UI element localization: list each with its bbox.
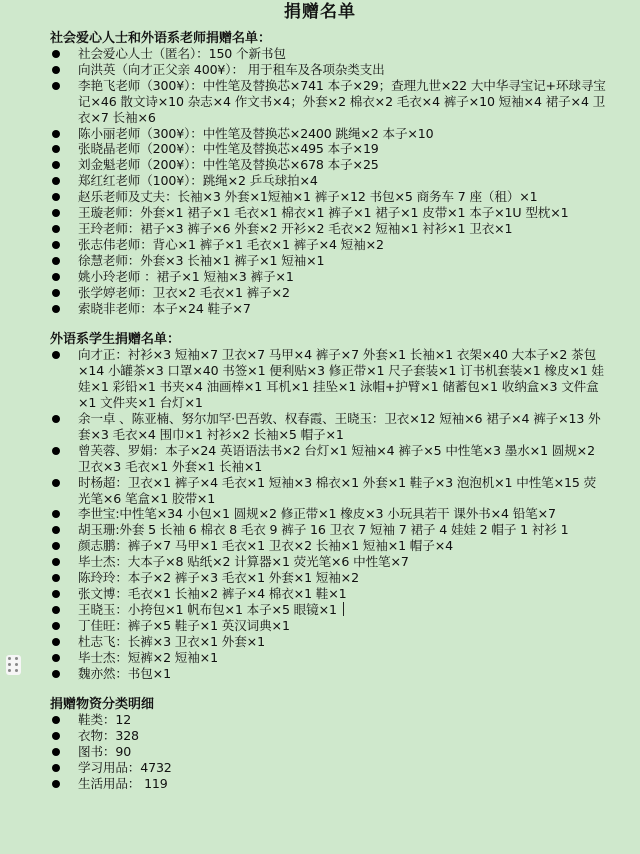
bullet-icon — [52, 510, 60, 518]
list-item[interactable]: 社会爱心人士（匿名）：150 个新书包 — [50, 46, 606, 62]
bullet-icon — [52, 289, 60, 297]
bullet-icon — [52, 50, 60, 58]
list-item[interactable]: 向洪英（向才正父亲 400¥）： 用于租车及各项杂类支出 — [50, 62, 606, 78]
list-item-text: 毕士杰：短裤×2 短袖×1 — [78, 650, 218, 665]
list-item[interactable]: 张学婷老师：卫衣×2 毛衣×1 裤子×2 — [50, 285, 606, 301]
list-item-text: 余一卓 、陈亚楠、努尔加罕·巴吾敦、权春霞、王晓玉：卫衣×12 短袖×6 裙子×… — [78, 411, 601, 442]
list-item[interactable]: 刘金魁老师（200¥）：中性笔及替换芯×678 本子×25 — [50, 157, 606, 173]
list-item[interactable]: 郑红红老师（100¥）：跳绳×2 乒乓球拍×4 — [50, 173, 606, 189]
bullet-icon — [52, 542, 60, 550]
list-item-text: 张晓晶老师（200¥）：中性笔及替换芯×495 本子×19 — [78, 141, 379, 156]
list-item-text: 张学婷老师：卫衣×2 毛衣×1 裤子×2 — [78, 285, 290, 300]
section-heading[interactable]: 外语系学生捐赠名单： — [50, 332, 606, 347]
list-item-text: 索晓非老师：本子×24 鞋子×7 — [78, 301, 251, 316]
bullet-icon — [52, 305, 60, 313]
bullet-icon — [52, 622, 60, 630]
list-item-text: 陈小丽老师（300¥）：中性笔及替换芯×2400 跳绳×2 本子×10 — [78, 126, 434, 141]
bullet-icon — [52, 764, 60, 772]
bullet-icon — [52, 716, 60, 724]
list-item[interactable]: 索晓非老师：本子×24 鞋子×7 — [50, 301, 606, 317]
paragraph-gap — [50, 681, 606, 697]
document-title: 捐赠名单 — [0, 1, 640, 23]
donor-list: 社会爱心人士（匿名）：150 个新书包 向洪英（向才正父亲 400¥）： 用于租… — [50, 46, 606, 316]
list-item-text: 张文博：毛衣×1 长袖×2 裤子×4 棉衣×1 鞋×1 — [78, 586, 347, 601]
section-summary: 捐赠物资分类明细 鞋类：12 衣物：328 图书：90 学习用品：4732 生活… — [50, 697, 606, 792]
bullet-icon — [52, 574, 60, 582]
bullet-icon — [52, 351, 60, 359]
drag-handle-icon[interactable] — [6, 655, 21, 675]
list-item-text: 时杨超：卫衣×1 裤子×4 毛衣×1 短袖×3 棉衣×1 外套×1 鞋子×3 泡… — [78, 475, 596, 506]
document-body: 社会爱心人士和外语系老师捐赠名单： 社会爱心人士（匿名）：150 个新书包 向洪… — [0, 31, 640, 792]
list-item-text: 图书：90 — [78, 744, 131, 759]
list-item[interactable]: 毕士杰：短裤×2 短袖×1 — [50, 650, 606, 666]
list-item[interactable]: 生活用品： 119 — [50, 776, 606, 792]
category-list: 鞋类：12 衣物：328 图书：90 学习用品：4732 生活用品： 119 — [50, 712, 606, 792]
list-item[interactable]: 丁佳旺：裤子×5 鞋子×1 英汉词典×1 — [50, 618, 606, 634]
list-item[interactable]: 张晓晶老师（200¥）：中性笔及替换芯×495 本子×19 — [50, 141, 606, 157]
list-item[interactable]: 胡玉珊:外套 5 长袖 6 棉衣 8 毛衣 9 裤子 16 卫衣 7 短袖 7 … — [50, 522, 606, 538]
list-item-text: 曾芙蓉、罗娟：本子×24 英语语法书×2 台灯×1 短袖×4 裤子×5 中性笔×… — [78, 443, 595, 474]
list-item-text: 李艳飞老师（300¥）：中性笔及替换芯×741 本子×29；查理九世×22 大中… — [78, 78, 606, 125]
bullet-icon — [52, 447, 60, 455]
bullet-icon — [52, 479, 60, 487]
list-item[interactable]: 姚小玲老师 ：裙子×1 短袖×3 裤子×1 — [50, 269, 606, 285]
section-heading[interactable]: 社会爱心人士和外语系老师捐赠名单： — [50, 31, 606, 46]
bullet-icon — [52, 638, 60, 646]
list-item-text: 徐慧老师：外套×3 长袖×1 裤子×1 短袖×1 — [78, 253, 324, 268]
section-teachers: 社会爱心人士和外语系老师捐赠名单： 社会爱心人士（匿名）：150 个新书包 向洪… — [50, 31, 606, 316]
list-item[interactable]: 毕士杰：大本子×8 贴纸×2 计算器×1 荧光笔×6 中性笔×7 — [50, 554, 606, 570]
drag-dot — [8, 663, 11, 666]
list-item[interactable]: 学习用品：4732 — [50, 760, 606, 776]
drag-dot — [15, 657, 18, 660]
list-item[interactable]: 张志伟老师：背心×1 裤子×1 毛衣×1 裤子×4 短袖×2 — [50, 237, 606, 253]
list-item-text: 王璇老师：外套×1 裙子×1 毛衣×1 棉衣×1 裤子×1 裙子×1 皮带×1 … — [78, 205, 568, 220]
list-item[interactable]: 颜志鹏：裤子×7 马甲×1 毛衣×1 卫衣×2 长袖×1 短袖×1 帽子×4 — [50, 538, 606, 554]
list-item-text: 学习用品：4732 — [78, 760, 172, 775]
bullet-icon — [52, 415, 60, 423]
bullet-icon — [52, 257, 60, 265]
list-item[interactable]: 王璇老师：外套×1 裙子×1 毛衣×1 棉衣×1 裤子×1 裙子×1 皮带×1 … — [50, 205, 606, 221]
list-item-text: 生活用品： 119 — [78, 776, 168, 791]
bullet-icon — [52, 66, 60, 74]
bullet-icon — [52, 780, 60, 788]
list-item[interactable]: 魏亦然：书包×1 — [50, 666, 606, 682]
bullet-icon — [52, 177, 60, 185]
list-item-text: 魏亦然：书包×1 — [78, 666, 171, 681]
drag-dot — [15, 663, 18, 666]
drag-dot — [15, 669, 18, 672]
list-item-text: 颜志鹏：裤子×7 马甲×1 毛衣×1 卫衣×2 长袖×1 短袖×1 帽子×4 — [78, 538, 453, 553]
list-item-text: 王晓玉：小挎包×1 帆布包×1 本子×5 眼镜×1 — [78, 602, 337, 617]
section-heading[interactable]: 捐赠物资分类明细 — [50, 697, 606, 712]
bullet-icon — [52, 273, 60, 281]
list-item-active[interactable]: 王晓玉：小挎包×1 帆布包×1 本子×5 眼镜×1 — [50, 602, 606, 618]
list-item[interactable]: 陈玲玲：本子×2 裤子×3 毛衣×1 外套×1 短袖×2 — [50, 570, 606, 586]
bullet-icon — [52, 606, 60, 614]
list-item[interactable]: 余一卓 、陈亚楠、努尔加罕·巴吾敦、权春霞、王晓玉：卫衣×12 短袖×6 裙子×… — [50, 411, 606, 443]
list-item-text: 向洪英（向才正父亲 400¥）： 用于租车及各项杂类支出 — [78, 62, 385, 77]
list-item[interactable]: 赵乐老师及丈夫：长袖×3 外套×1短袖×1 裤子×12 书包×5 商务车 7 座… — [50, 189, 606, 205]
bullet-icon — [52, 748, 60, 756]
list-item[interactable]: 王玲老师：裙子×3 裤子×6 外套×2 开衫×2 毛衣×2 短袖×1 衬衫×1 … — [50, 221, 606, 237]
list-item[interactable]: 陈小丽老师（300¥）：中性笔及替换芯×2400 跳绳×2 本子×10 — [50, 126, 606, 142]
donor-list: 向才正：衬衫×3 短袖×7 卫衣×7 马甲×4 裤子×7 外套×1 长袖×1 衣… — [50, 347, 606, 681]
list-item-text: 姚小玲老师 ：裙子×1 短袖×3 裤子×1 — [78, 269, 294, 284]
bullet-icon — [52, 82, 60, 90]
bullet-icon — [52, 225, 60, 233]
list-item-text: 毕士杰：大本子×8 贴纸×2 计算器×1 荧光笔×6 中性笔×7 — [78, 554, 409, 569]
list-item-text: 郑红红老师（100¥）：跳绳×2 乒乓球拍×4 — [78, 173, 318, 188]
list-item[interactable]: 衣物：328 — [50, 728, 606, 744]
bullet-icon — [52, 130, 60, 138]
list-item[interactable]: 鞋类：12 — [50, 712, 606, 728]
list-item-text: 社会爱心人士（匿名）：150 个新书包 — [78, 46, 286, 61]
list-item[interactable]: 图书：90 — [50, 744, 606, 760]
list-item-text: 陈玲玲：本子×2 裤子×3 毛衣×1 外套×1 短袖×2 — [78, 570, 359, 585]
list-item[interactable]: 李世宝:中性笔×34 小包×1 圆规×2 修正带×1 橡皮×3 小玩具若干 课外… — [50, 506, 606, 522]
list-item[interactable]: 时杨超：卫衣×1 裤子×4 毛衣×1 短袖×3 棉衣×1 外套×1 鞋子×3 泡… — [50, 475, 606, 507]
list-item-text: 衣物：328 — [78, 728, 139, 743]
section-students: 外语系学生捐赠名单： 向才正：衬衫×3 短袖×7 卫衣×7 马甲×4 裤子×7 … — [50, 332, 606, 681]
bullet-icon — [52, 558, 60, 566]
list-item[interactable]: 杜志飞：长裤×3 卫衣×1 外套×1 — [50, 634, 606, 650]
drag-dot — [8, 669, 11, 672]
bullet-icon — [52, 526, 60, 534]
list-item-text: 赵乐老师及丈夫：长袖×3 外套×1短袖×1 裤子×12 书包×5 商务车 7 座… — [78, 189, 538, 204]
list-item-text: 刘金魁老师（200¥）：中性笔及替换芯×678 本子×25 — [78, 157, 379, 172]
list-item-text: 胡玉珊:外套 5 长袖 6 棉衣 8 毛衣 9 裤子 16 卫衣 7 短袖 7 … — [78, 522, 568, 537]
bullet-icon — [52, 193, 60, 201]
drag-dot — [8, 657, 11, 660]
text-cursor — [343, 602, 345, 616]
list-item-text: 丁佳旺：裤子×5 鞋子×1 英汉词典×1 — [78, 618, 290, 633]
list-item-text: 杜志飞：长裤×3 卫衣×1 外套×1 — [78, 634, 265, 649]
bullet-icon — [52, 145, 60, 153]
bullet-icon — [52, 161, 60, 169]
bullet-icon — [52, 670, 60, 678]
list-item-text: 向才正：衬衫×3 短袖×7 卫衣×7 马甲×4 裤子×7 外套×1 长袖×1 衣… — [78, 347, 604, 410]
list-item-text: 王玲老师：裙子×3 裤子×6 外套×2 开衫×2 毛衣×2 短袖×1 衬衫×1 … — [78, 221, 512, 236]
bullet-icon — [52, 732, 60, 740]
paragraph-gap — [50, 316, 606, 332]
list-item-text: 李世宝:中性笔×34 小包×1 圆规×2 修正带×1 橡皮×3 小玩具若干 课外… — [78, 506, 556, 521]
list-item[interactable]: 向才正：衬衫×3 短袖×7 卫衣×7 马甲×4 裤子×7 外套×1 长袖×1 衣… — [50, 347, 606, 411]
bullet-icon — [52, 209, 60, 217]
list-item[interactable]: 曾芙蓉、罗娟：本子×24 英语语法书×2 台灯×1 短袖×4 裤子×5 中性笔×… — [50, 443, 606, 475]
bullet-icon — [52, 654, 60, 662]
bullet-icon — [52, 590, 60, 598]
bullet-icon — [52, 241, 60, 249]
list-item-text: 鞋类：12 — [78, 712, 131, 727]
list-item[interactable]: 张文博：毛衣×1 长袖×2 裤子×4 棉衣×1 鞋×1 — [50, 586, 606, 602]
list-item[interactable]: 徐慧老师：外套×3 长袖×1 裤子×1 短袖×1 — [50, 253, 606, 269]
list-item-text: 张志伟老师：背心×1 裤子×1 毛衣×1 裤子×4 短袖×2 — [78, 237, 384, 252]
list-item[interactable]: 李艳飞老师（300¥）：中性笔及替换芯×741 本子×29；查理九世×22 大中… — [50, 78, 606, 126]
